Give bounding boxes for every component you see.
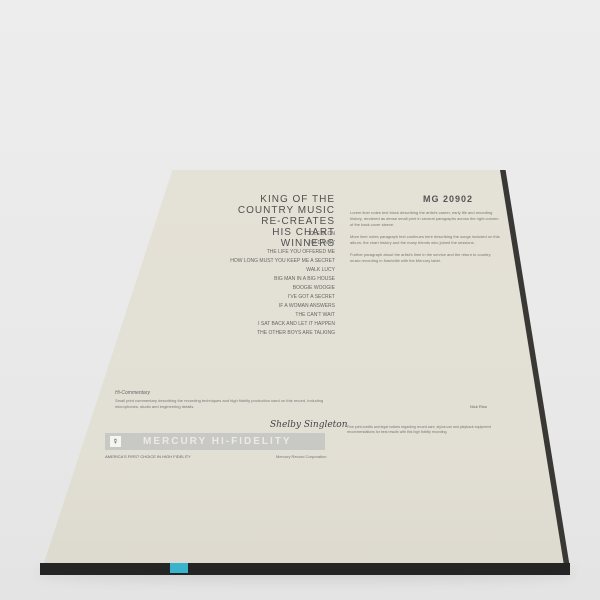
track: I'VE GOT A SECRET xyxy=(200,293,335,302)
track: HOW LONG MUST YOU KEEP ME A SECRET xyxy=(200,257,335,266)
track: WALK LUCY xyxy=(200,266,335,275)
mercury-wing-head-icon: ☿ xyxy=(110,436,121,447)
track: BIG MAN IN A BIG HOUSE xyxy=(200,275,335,284)
sleeve-bottom-edge xyxy=(40,563,570,575)
tagline-right: Mercury Record Corporation xyxy=(276,454,326,459)
credits-fineprint: Fine print credits and legal notices reg… xyxy=(347,425,502,435)
title-line: KING OF THE xyxy=(235,194,335,205)
hi-commentary-heading: Hi-Commentary xyxy=(115,390,330,396)
spine-color-tab xyxy=(170,563,188,573)
track: THE LIFE YOU OFFERED ME xyxy=(200,248,335,257)
tagline: AMERICA'S FIRST CHOICE IN HIGH FIDELITY xyxy=(105,454,191,459)
liner-author: Nick Rios xyxy=(470,404,487,409)
catalog-number: MG 20902 xyxy=(423,194,473,204)
track: I SAT BACK AND LET IT HAPPEN xyxy=(200,320,335,329)
liner-notes-body: Lorem liner notes text block describing … xyxy=(350,210,500,264)
track: THE CAN'T WAIT xyxy=(200,311,335,320)
track: THE OTHER BOYS ARE TALKING xyxy=(200,329,335,338)
mercury-label-text: MERCURY HI-FIDELITY xyxy=(143,436,292,447)
track: JOLE BLON xyxy=(200,230,335,239)
signature: Shelby Singleton xyxy=(270,420,348,430)
track-list: JOLE BLON JIM DANDY THE LIFE YOU OFFERED… xyxy=(200,230,335,338)
track: IF A WOMAN ANSWERS xyxy=(200,302,335,311)
title-line: COUNTRY MUSIC RE-CREATES xyxy=(235,205,335,227)
track: JIM DANDY xyxy=(200,239,335,248)
hi-commentary: Hi-Commentary Small print commentary des… xyxy=(115,390,330,410)
mercury-label-bar: ☿ MERCURY HI-FIDELITY xyxy=(105,433,325,450)
track: BOOGIE WOOGIE xyxy=(200,284,335,293)
